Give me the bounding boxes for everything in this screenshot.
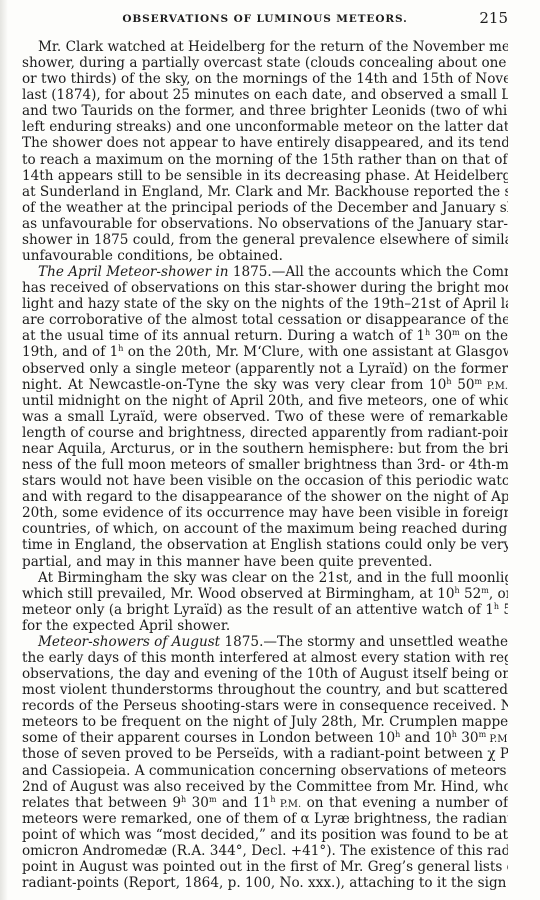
text-line: has received of observations on this sta…	[22, 280, 508, 296]
section-heading: The April Meteor-shower in	[38, 264, 229, 280]
text-line: shower in 1875 could, from the general p…	[22, 232, 508, 248]
paragraph-april-shower: The April Meteor-shower in 1875.—All the…	[22, 264, 508, 569]
text-line: shower, during a partially overcast stat…	[22, 55, 508, 71]
text-line: point in August was pointed out in the f…	[22, 859, 508, 875]
text-line: meteors were remarked, one of them of α …	[22, 811, 508, 827]
text-line: at Sunderland in England, Mr. Clark and …	[22, 184, 508, 200]
text-line: 20th, some evidence of its occurrence ma…	[22, 505, 508, 521]
text-line: near Aquila, Arcturus, or in the souther…	[22, 441, 508, 457]
text-line: Meteor-showers of August 1875.—The storm…	[22, 634, 508, 650]
text-line: 19th, and of 1h on the 20th, Mr. M‘Clure…	[22, 344, 508, 360]
text-line: and two Taurids on the former, and three…	[22, 103, 508, 119]
text-line: relates that between 9h 30m and 11h P.M.…	[22, 795, 508, 811]
paragraph-august-showers: Meteor-showers of August 1875.—The storm…	[22, 634, 508, 891]
text-line: those of seven proved to be Perseïds, wi…	[22, 746, 508, 762]
text-line: or two thirds) of the sky, on the mornin…	[22, 71, 508, 87]
paragraph-birmingham: At Birmingham the sky was clear on the 2…	[22, 570, 508, 634]
text-line: night. At Newcastle-on-Tyne the sky was …	[22, 377, 508, 393]
paragraph-november-shower: Mr. Clark watched at Heidelberg for the …	[22, 39, 508, 264]
text-line: The shower does not appear to have entir…	[22, 135, 508, 151]
body-text: Mr. Clark watched at Heidelberg for the …	[22, 39, 508, 891]
text-line: Mr. Clark watched at Heidelberg for the …	[22, 39, 508, 55]
text-line: which still prevailed, Mr. Wood observed…	[22, 586, 508, 602]
text-line: partial, and may in this manner have bee…	[22, 554, 508, 570]
text-line: 14th appears still to be sensible in its…	[22, 168, 508, 184]
section-heading-year: 1875.	[224, 634, 263, 650]
text-line: unfavourable conditions, be obtained.	[22, 248, 508, 264]
text-line: most violent thunderstorms throughout th…	[22, 682, 508, 698]
text-line: countries, of which, on account of the m…	[22, 521, 508, 537]
running-title: OBSERVATIONS OF LUMINOUS METEORS.	[22, 13, 508, 25]
text-line: light and hazy state of the sky on the n…	[22, 296, 508, 312]
text-line: some of their apparent courses in London…	[22, 730, 508, 746]
text-line: the early days of this month interfered …	[22, 650, 508, 666]
text-line: The April Meteor-shower in 1875.—All the…	[22, 264, 508, 280]
text-line: observations, the day and evening of the…	[22, 666, 508, 682]
text-line: ness of the full moon meteors of smaller…	[22, 457, 508, 473]
text-line: left enduring streaks) and one unconform…	[22, 119, 508, 135]
section-heading: Meteor-showers of August	[38, 634, 220, 650]
text-line: and with regard to the disappearance of …	[22, 489, 508, 505]
text-line: At Birmingham the sky was clear on the 2…	[22, 570, 508, 586]
text-line: meteor only (a bright Lyraïd) as the res…	[22, 602, 508, 618]
text-line: was a small Lyraïd, were observed. Two o…	[22, 409, 508, 425]
text-line: stars would not have been visible on the…	[22, 473, 508, 489]
text-line: of the weather at the principal periods …	[22, 200, 508, 216]
text-line: as unfavourable for observations. No obs…	[22, 216, 508, 232]
text-line: radiant-points (Report, 1864, p. 100, No…	[22, 875, 508, 891]
text-line: length of course and brightness, directe…	[22, 425, 508, 441]
text-line: 2nd of August was also received by the C…	[22, 779, 508, 795]
running-head: OBSERVATIONS OF LUMINOUS METEORS. 215	[22, 9, 508, 29]
text-line: and Cassiopeia. A communication concerni…	[22, 763, 508, 779]
text-line: are corroborative of the almost total ce…	[22, 312, 508, 328]
text-line: records of the Perseus shooting-stars we…	[22, 698, 508, 714]
text-line: meteors to be frequent on the night of J…	[22, 714, 508, 730]
text-line: point of which was “most decided,” and i…	[22, 827, 508, 843]
text-line: omicron Andromedæ (R.A. 344°, Decl. +41°…	[22, 843, 508, 859]
text-line: for the expected April shower.	[22, 618, 508, 634]
page-gutter-shadow	[0, 0, 8, 900]
text-line: at the usual time of its annual return. …	[22, 328, 508, 344]
text-line: time in England, the observation at Engl…	[22, 537, 508, 553]
text-line: until midnight on the night of April 20t…	[22, 393, 508, 409]
text-line: to reach a maximum on the morning of the…	[22, 152, 508, 168]
text-line: last (1874), for about 25 minutes on eac…	[22, 87, 508, 103]
section-heading-year: 1875.	[233, 264, 272, 280]
page-number: 215	[479, 9, 508, 27]
text-line: observed only a single meteor (apparentl…	[22, 361, 508, 377]
